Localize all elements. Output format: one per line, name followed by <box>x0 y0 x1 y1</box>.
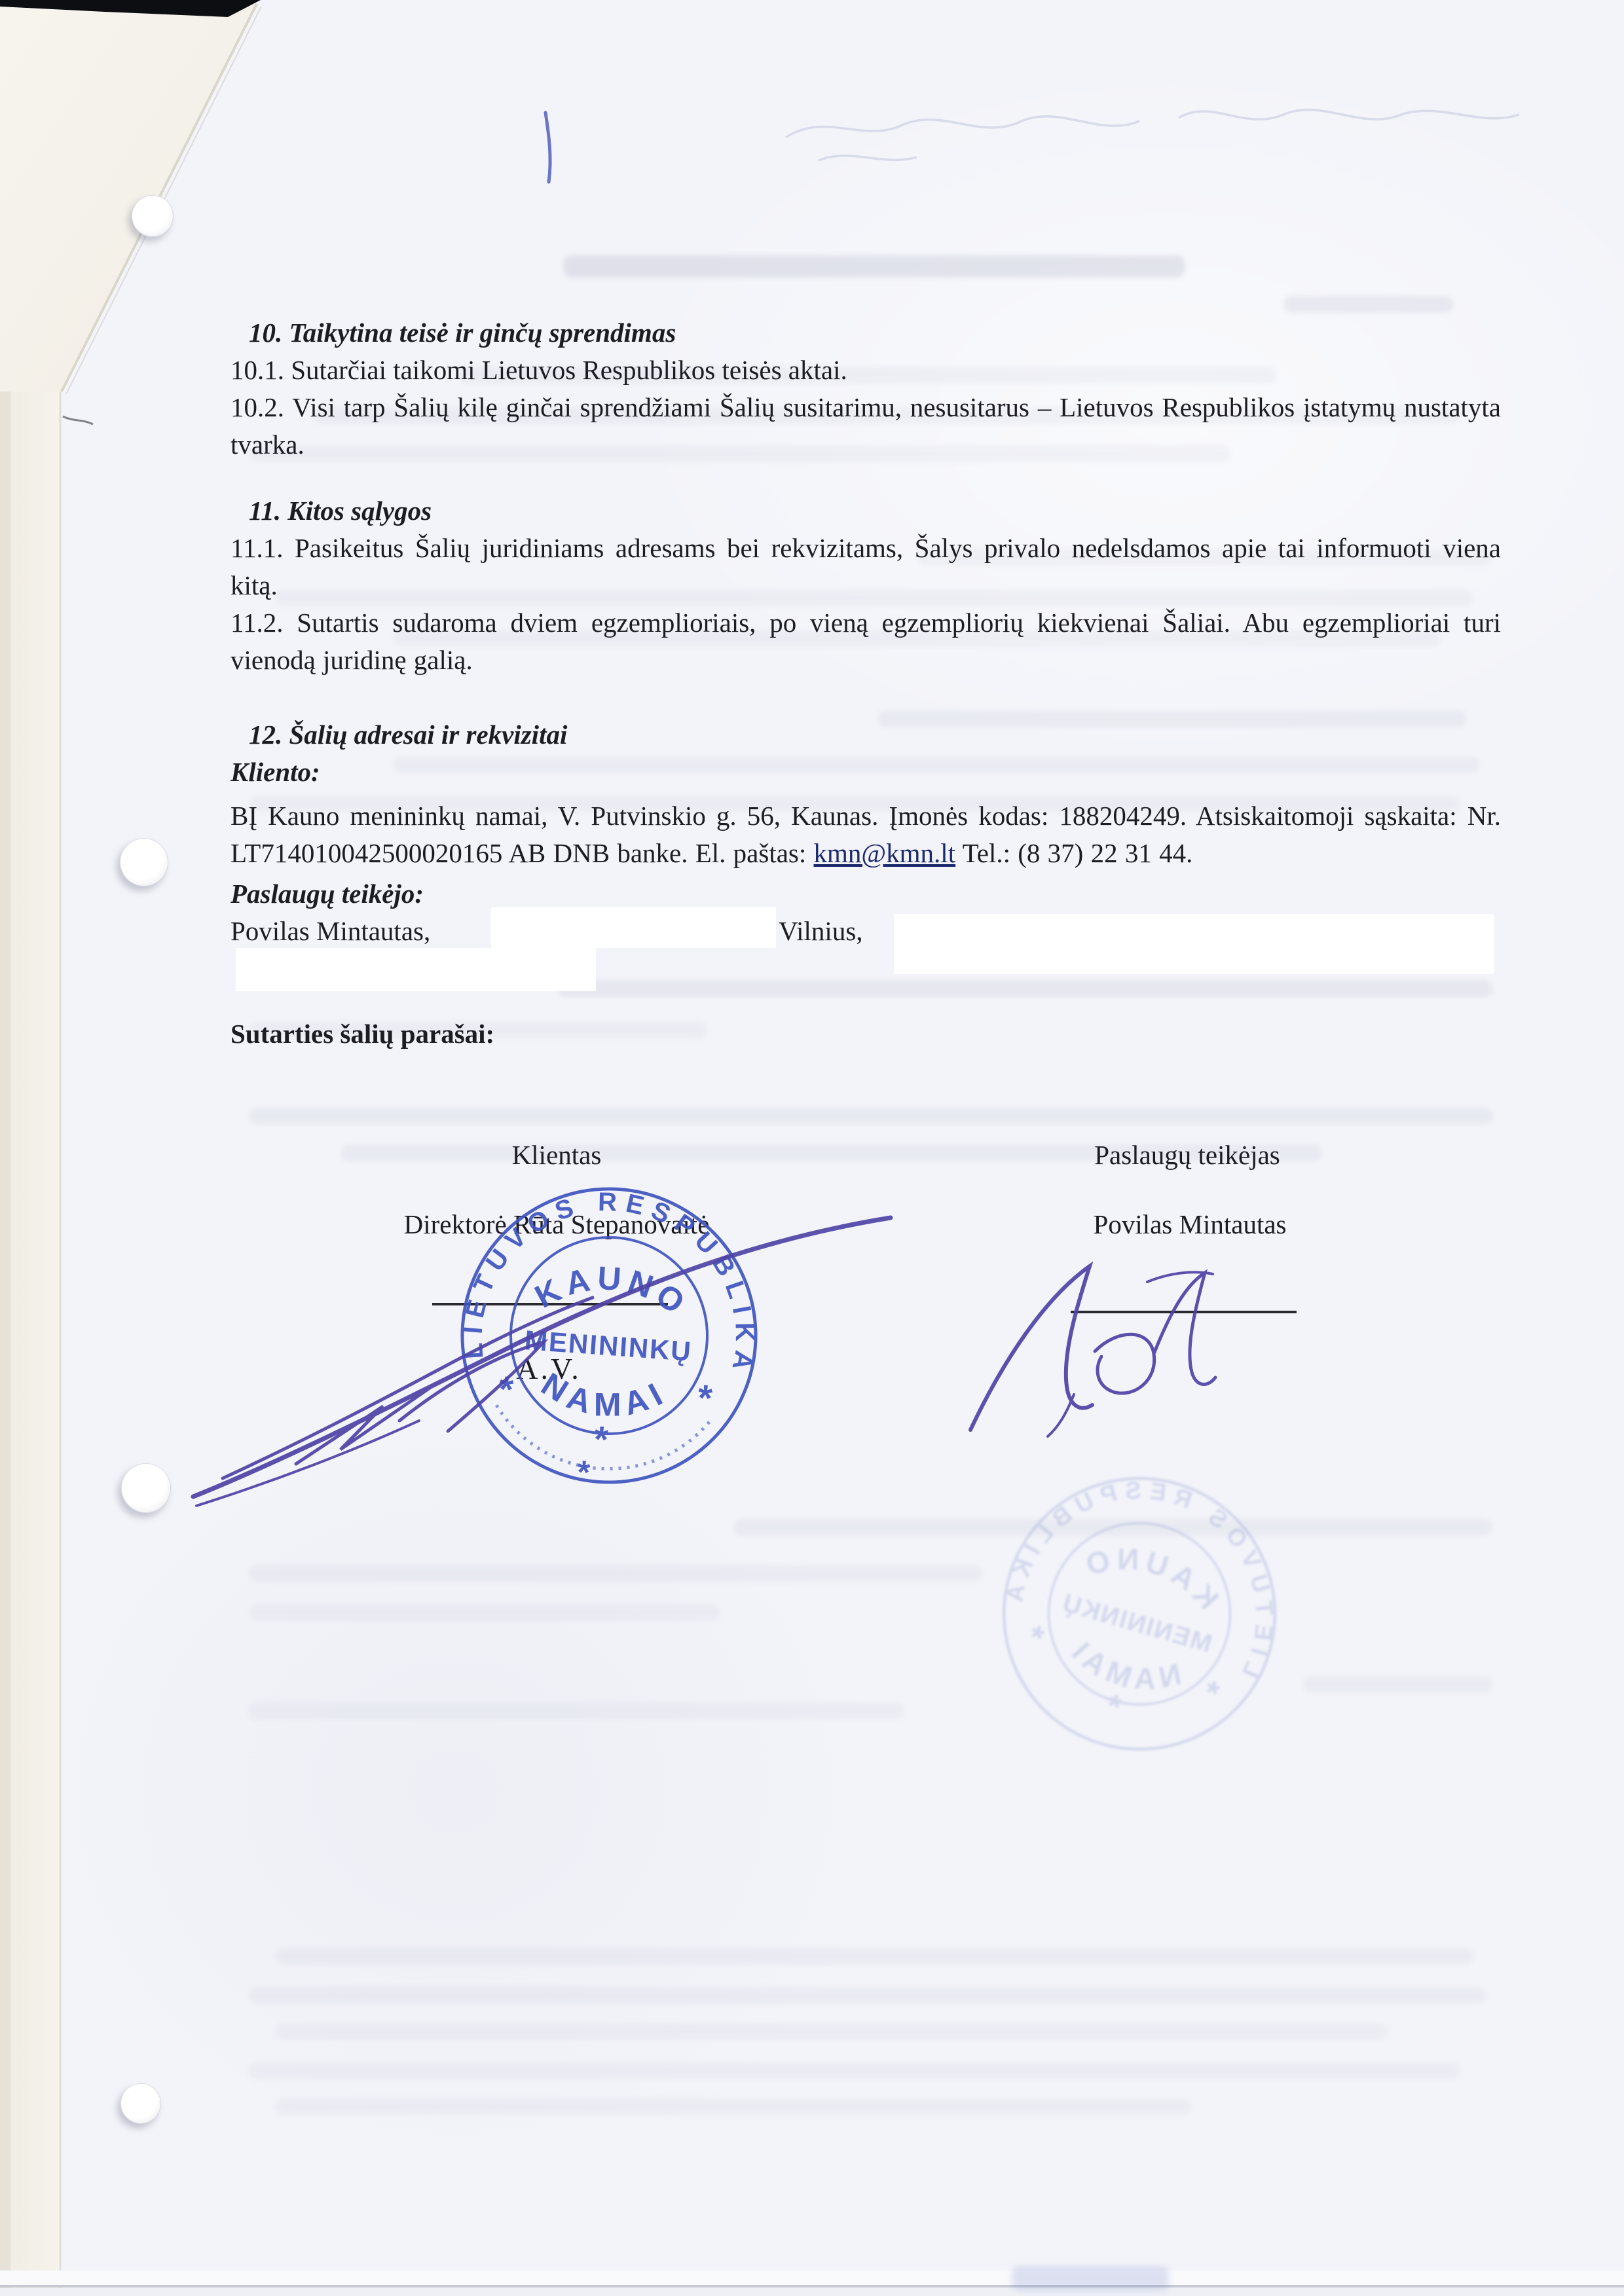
scanned-contract-page: LIETUVOS RESPUBLIKA KAUNO MENININKŲ NAMA… <box>0 0 1624 2296</box>
punch-hole <box>120 2083 161 2124</box>
provider-signature <box>970 1266 1092 1430</box>
punch-hole <box>121 1463 171 1513</box>
ink-signatures <box>0 0 1624 2296</box>
punch-hole <box>120 838 168 886</box>
client-signature <box>193 1218 891 1497</box>
punch-hole <box>132 195 174 237</box>
